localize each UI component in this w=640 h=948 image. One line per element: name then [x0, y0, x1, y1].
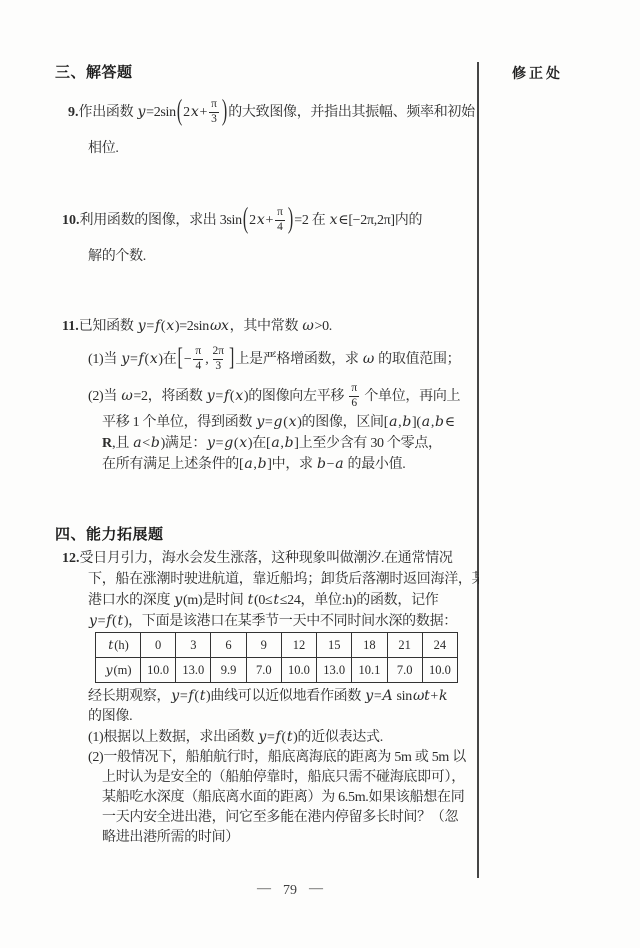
- problem-12-line-6: 的图像.: [88, 707, 479, 727]
- footer-dash-right: —: [309, 881, 323, 896]
- problem-12-line-7: (1)根据以上数据，求出函数 y=f(t)的近似表达式.: [88, 727, 479, 748]
- problem-11-line-1: 11.已知函数 y=f(x)=2sinωx，其中常数 ω>0.: [62, 316, 479, 337]
- table-cell-y-label: y(m): [96, 658, 141, 683]
- problem-11-line-3: (2)当 ω=2，将函数 y=f(x)的图像向左平移 π6 个单位，再向上: [88, 380, 479, 412]
- problem-9-line-1: 9.作出函数 y=2sin(2x+π3)的大致图像，并指出其振幅、频率和初始: [68, 93, 479, 131]
- table-cell: 10.0: [422, 658, 457, 683]
- table-cell: 12: [281, 633, 316, 658]
- problem-12-line-3: 港口水的深度 y(m)是时间 t(0≤t≤24，单位:h)的函数，记作: [88, 590, 479, 611]
- main-text-column: 三、解答题 9.作出函数 y=2sin(2x+π3)的大致图像，并指出其振幅、频…: [55, 0, 479, 948]
- problem-11-line-5: R,且 a<b)满足：y=g(x)在[a,b]上至少含有 30 个零点，: [102, 433, 479, 454]
- table-cell: 3: [176, 633, 211, 658]
- table-cell: 10.1: [352, 658, 387, 683]
- table-cell: 9.9: [211, 658, 246, 683]
- table-row-time: t(h) 0 3 6 9 12 15 18 21 24: [96, 633, 458, 658]
- table-row-depth: y(m) 10.0 13.0 9.9 7.0 10.0 13.0 10.1 7.…: [96, 658, 458, 683]
- tide-depth-table: t(h) 0 3 6 9 12 15 18 21 24 y(m) 10.0 13…: [95, 632, 458, 683]
- problem-11-line-4: 平移 1 个单位，得到函数 y=g(x)的图像，区间[a,b](a,b∈: [102, 412, 479, 433]
- table-cell: 21: [387, 633, 422, 658]
- table-cell: 9: [246, 633, 281, 658]
- problem-12-line-11: 一天内安全进出港，问它至多能在港内停留多长时间？（忽: [102, 808, 479, 828]
- problem-11-line-6: 在所有满足上述条件的[a,b]中，求 b−a 的最小值.: [102, 454, 479, 475]
- problem-12-line-12: 略进出港所需的时间）: [102, 828, 479, 848]
- problem-12-line-10: 某船吃水深度（船底离水面的距离）为 6.5m.如果该船想在同: [102, 788, 479, 808]
- section-4-heading: 四、能力拓展题: [55, 525, 479, 546]
- problem-11-line-2: (1)当 y=f(x)在[−π4,2π3]上是严格增函数，求 ω 的取值范围；: [88, 340, 479, 378]
- table-cell: 13.0: [176, 658, 211, 683]
- section-3-heading: 三、解答题: [55, 63, 479, 84]
- page-footer: —79—: [80, 883, 500, 899]
- problem-9-line-2: 相位.: [88, 138, 479, 159]
- table-cell: 7.0: [246, 658, 281, 683]
- footer-dash-left: —: [257, 881, 271, 896]
- correction-margin-label: 修正处: [512, 63, 563, 83]
- table-cell: 13.0: [317, 658, 352, 683]
- problem-12-line-5: 经长期观察，y=f(t)曲线可以近似地看作函数 y=A sinωt+k: [88, 686, 479, 707]
- table-cell: 6: [211, 633, 246, 658]
- problem-10-line-2: 解的个数.: [88, 246, 479, 267]
- problem-10-line-1: 10.利用函数的图像，求出 3sin(2x+π4)=2 在 x∈[−2π,2π]…: [62, 201, 479, 239]
- page-number: 79: [283, 883, 297, 898]
- table-cell: 15: [317, 633, 352, 658]
- table-cell: 10.0: [281, 658, 316, 683]
- table-cell-t-label: t(h): [96, 633, 141, 658]
- problem-12-line-4: y=f(t)，下面是该港口在某季节一天中不同时间水深的数据：: [88, 611, 479, 632]
- problem-12-line-9: 上时认为是安全的（船舶停靠时，船底只需不碰海底即可），: [102, 768, 479, 788]
- problem-12-line-2: 下，船在涨潮时驶进航道，靠近船坞；卸货后落潮时返回海洋，某: [88, 569, 479, 590]
- table-cell: 7.0: [387, 658, 422, 683]
- table-cell: 24: [422, 633, 457, 658]
- problem-12-line-1: 12.受日月引力，海水会发生涨落，这种现象叫做潮汐.在通常情况: [62, 548, 479, 569]
- table-cell: 10.0: [141, 658, 176, 683]
- table-cell: 0: [141, 633, 176, 658]
- table-cell: 18: [352, 633, 387, 658]
- problem-12-line-8: (2)一般情况下，船舶航行时，船底离海底的距离为 5m 或 5m 以: [88, 748, 479, 768]
